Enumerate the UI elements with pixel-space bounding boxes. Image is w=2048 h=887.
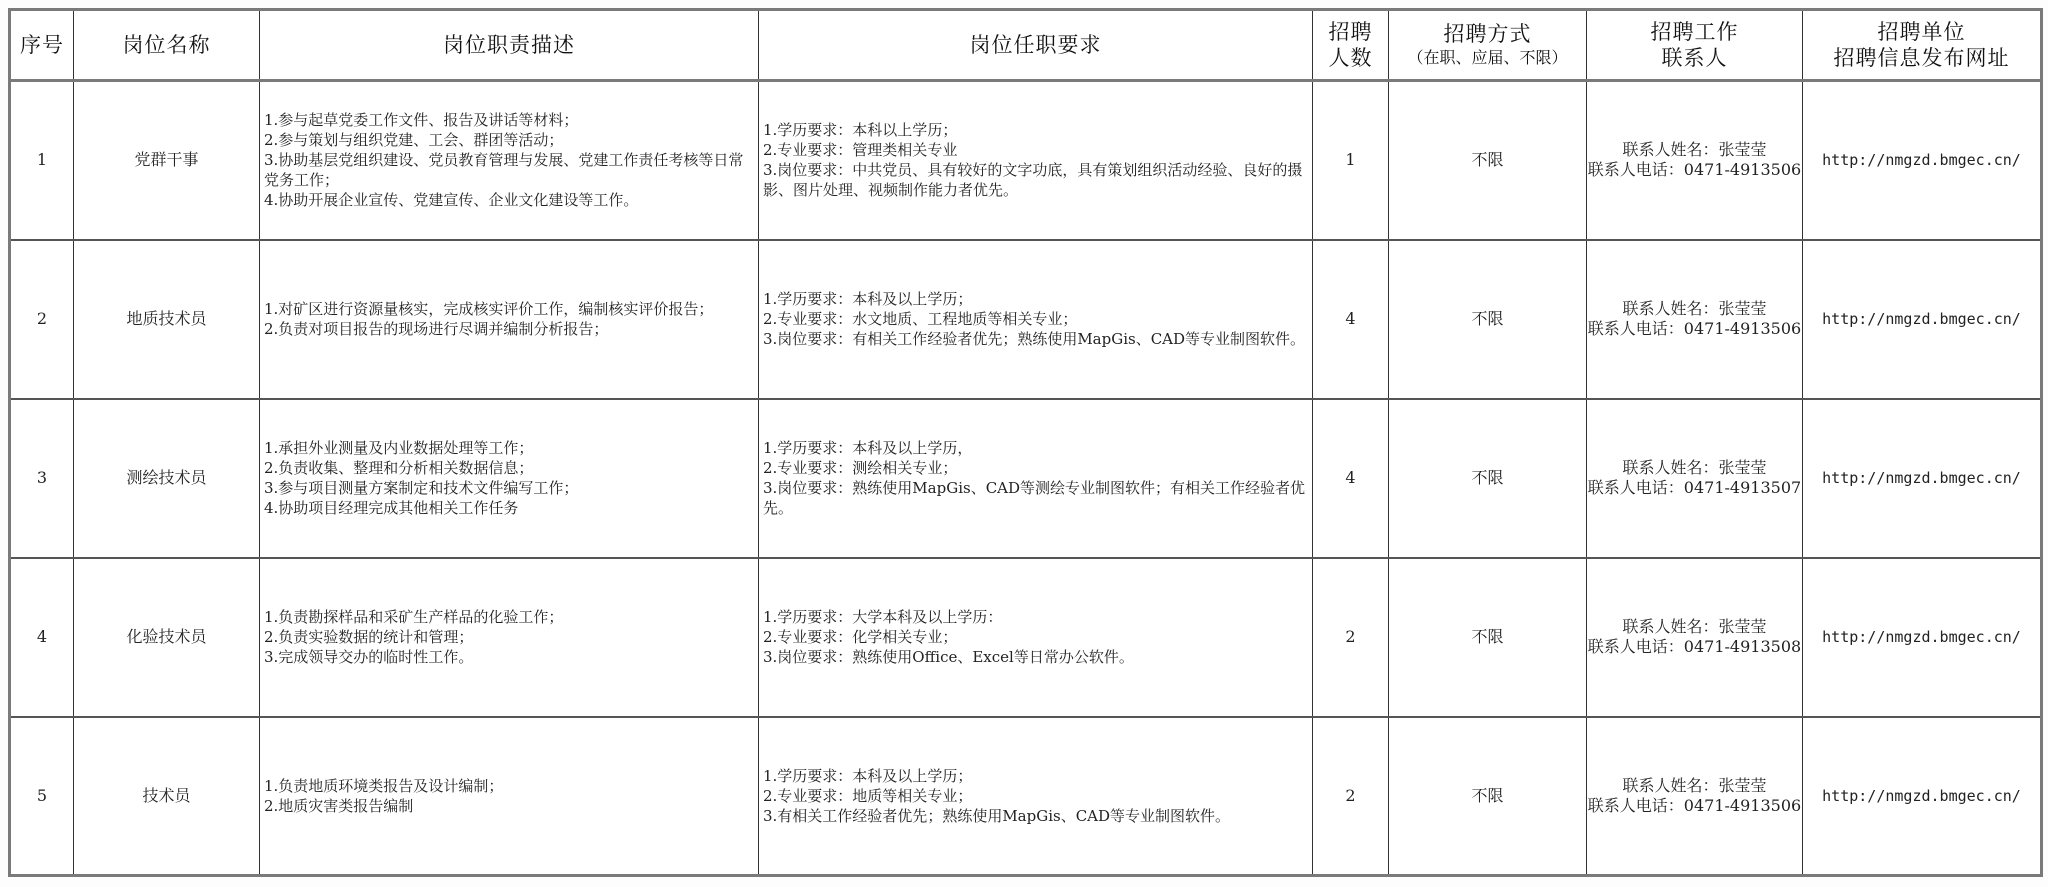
requirement-line: 2.专业要求：化学相关专业； xyxy=(763,627,1308,647)
requirement-line: 2.专业要求：测绘相关专业； xyxy=(763,458,1308,478)
header-seq: 序号 xyxy=(10,10,74,81)
cell-seq: 5 xyxy=(10,717,74,876)
cell-seq: 4 xyxy=(10,558,74,717)
position-name-value: 地质技术员 xyxy=(126,309,206,328)
duty-line: 3.完成领导交办的临时性工作。 xyxy=(264,647,754,667)
duty-line: 4.协助开展企业宣传、党建宣传、企业文化建设等工作。 xyxy=(264,190,754,210)
duty-line: 4.协助项目经理完成其他相关工作任务 xyxy=(264,498,754,518)
position-name-value: 测绘技术员 xyxy=(126,468,206,487)
cell-method: 不限 xyxy=(1389,399,1587,558)
contact-phone-value: 联系人电话：0471-4913506 xyxy=(1587,160,1802,180)
cell-seq: 1 xyxy=(10,81,74,240)
requirement-line: 1.学历要求：本科及以上学历， xyxy=(763,438,1308,458)
requirement-line: 1.学历要求：本科及以上学历； xyxy=(763,289,1308,309)
requirement-line: 3.岗位要求：中共党员、具有较好的文字功底，具有策划组织活动经验、良好的摄影、图… xyxy=(763,160,1308,200)
cell-seq: 3 xyxy=(10,399,74,558)
header-unit-url: 招聘单位 招聘信息发布网址 xyxy=(1803,10,2042,81)
cell-count: 1 xyxy=(1313,81,1389,240)
requirement-line: 1.学历要求：本科及以上学历； xyxy=(763,766,1308,786)
header-requirements-label: 岗位任职要求 xyxy=(970,33,1102,57)
table-row: 3 测绘技术员 1.承担外业测量及内业数据处理等工作；2.负责收集、整理和分析相… xyxy=(10,399,2042,558)
contact-phone-value: 联系人电话：0471-4913508 xyxy=(1587,637,1802,657)
requirement-line: 1.学历要求：大学本科及以上学历： xyxy=(763,607,1308,627)
duty-line: 2.参与策划与组织党建、工会、群团等活动； xyxy=(264,130,754,150)
header-duties-label: 岗位职责描述 xyxy=(443,33,575,57)
cell-url: http://nmgzd.bmgec.cn/ xyxy=(1803,81,2042,240)
cell-url: http://nmgzd.bmgec.cn/ xyxy=(1803,240,2042,399)
table-row: 1 党群干事 1.参与起草党委工作文件、报告及讲话等材料；2.参与策划与组织党建… xyxy=(10,81,2042,240)
cell-requirements: 1.学历要求：本科以上学历；2.专业要求：管理类相关专业3.岗位要求：中共党员、… xyxy=(759,81,1313,240)
contact-phone-value: 联系人电话：0471-4913506 xyxy=(1587,796,1802,816)
cell-count: 2 xyxy=(1313,558,1389,717)
seq-value: 3 xyxy=(37,468,47,487)
cell-url: http://nmgzd.bmgec.cn/ xyxy=(1803,558,2042,717)
header-contact: 招聘工作 联系人 xyxy=(1587,10,1803,81)
table-body: 1 党群干事 1.参与起草党委工作文件、报告及讲话等材料；2.参与策划与组织党建… xyxy=(10,81,2042,876)
duty-line: 2.地质灾害类报告编制 xyxy=(264,796,754,816)
recruitment-url-link[interactable]: http://nmgzd.bmgec.cn/ xyxy=(1822,151,2021,169)
header-method: 招聘方式 （在职、应届、不限） xyxy=(1389,10,1587,81)
method-value: 不限 xyxy=(1471,468,1503,487)
cell-requirements: 1.学历要求：本科及以上学历；2.专业要求：水文地质、工程地质等相关专业；3.岗… xyxy=(759,240,1313,399)
cell-count: 4 xyxy=(1313,240,1389,399)
requirement-line: 3.岗位要求：熟练使用MapGis、CAD等测绘专业制图软件；有相关工作经验者优… xyxy=(763,478,1308,518)
cell-method: 不限 xyxy=(1389,558,1587,717)
cell-url: http://nmgzd.bmgec.cn/ xyxy=(1803,717,2042,876)
contact-name-value: 联系人姓名：张莹莹 xyxy=(1587,140,1802,160)
count-value: 4 xyxy=(1345,309,1355,328)
method-value: 不限 xyxy=(1471,786,1503,805)
cell-contact: 联系人姓名：张莹莹 联系人电话：0471-4913507 xyxy=(1587,399,1803,558)
recruitment-url-link[interactable]: http://nmgzd.bmgec.cn/ xyxy=(1822,310,2021,328)
duty-line: 1.对矿区进行资源量核实，完成核实评价工作，编制核实评价报告； xyxy=(264,299,754,319)
seq-value: 1 xyxy=(37,150,47,169)
requirement-line: 3.岗位要求：有相关工作经验者优先；熟练使用MapGis、CAD等专业制图软件。 xyxy=(763,329,1308,349)
duty-line: 2.负责收集、整理和分析相关数据信息； xyxy=(264,458,754,478)
cell-requirements: 1.学历要求：本科及以上学历；2.专业要求：地质等相关专业；3.有相关工作经验者… xyxy=(759,717,1313,876)
seq-value: 2 xyxy=(37,309,47,328)
header-unit-line1: 招聘单位 xyxy=(1803,19,2040,45)
duty-line: 1.参与起草党委工作文件、报告及讲话等材料； xyxy=(264,110,754,130)
position-name-value: 化验技术员 xyxy=(126,627,206,646)
header-count: 招聘 人数 xyxy=(1313,10,1389,81)
requirement-line: 1.学历要求：本科以上学历； xyxy=(763,120,1308,140)
cell-duties: 1.负责地质环境类报告及设计编制；2.地质灾害类报告编制 xyxy=(260,717,759,876)
header-seq-label: 序号 xyxy=(20,33,64,57)
recruitment-url-link[interactable]: http://nmgzd.bmgec.cn/ xyxy=(1822,787,2021,805)
header-count-line1: 招聘 xyxy=(1313,19,1388,45)
header-method-line2: （在职、应届、不限） xyxy=(1389,47,1586,69)
cell-position-name: 地质技术员 xyxy=(74,240,260,399)
table-row: 4 化验技术员 1.负责勘探样品和采矿生产样品的化验工作；2.负责实验数据的统计… xyxy=(10,558,2042,717)
duty-line: 3.协助基层党组织建设、党员教育管理与发展、党建工作责任考核等日常党务工作； xyxy=(264,150,754,190)
duty-line: 1.负责勘探样品和采矿生产样品的化验工作； xyxy=(264,607,754,627)
method-value: 不限 xyxy=(1471,627,1503,646)
duty-line: 2.负责实验数据的统计和管理； xyxy=(264,627,754,647)
header-count-line2: 人数 xyxy=(1313,45,1388,71)
count-value: 2 xyxy=(1345,627,1355,646)
requirement-line: 3.有相关工作经验者优先；熟练使用MapGis、CAD等专业制图软件。 xyxy=(763,806,1308,826)
header-position-name-label: 岗位名称 xyxy=(123,33,211,57)
header-method-line1: 招聘方式 xyxy=(1389,21,1586,47)
count-value: 1 xyxy=(1345,150,1355,169)
duty-line: 2.负责对项目报告的现场进行尽调并编制分析报告； xyxy=(264,319,754,339)
cell-contact: 联系人姓名：张莹莹 联系人电话：0471-4913506 xyxy=(1587,81,1803,240)
cell-contact: 联系人姓名：张莹莹 联系人电话：0471-4913506 xyxy=(1587,240,1803,399)
table-header: 序号 岗位名称 岗位职责描述 岗位任职要求 招聘 人数 招聘方式 （在职、应届、… xyxy=(10,10,2042,81)
header-row: 序号 岗位名称 岗位职责描述 岗位任职要求 招聘 人数 招聘方式 （在职、应届、… xyxy=(10,10,2042,81)
cell-seq: 2 xyxy=(10,240,74,399)
recruitment-url-link[interactable]: http://nmgzd.bmgec.cn/ xyxy=(1822,469,2021,487)
cell-position-name: 技术员 xyxy=(74,717,260,876)
requirement-line: 2.专业要求：管理类相关专业 xyxy=(763,140,1308,160)
duty-line: 1.承担外业测量及内业数据处理等工作； xyxy=(264,438,754,458)
position-name-value: 党群干事 xyxy=(134,150,198,169)
cell-duties: 1.负责勘探样品和采矿生产样品的化验工作；2.负责实验数据的统计和管理；3.完成… xyxy=(260,558,759,717)
cell-url: http://nmgzd.bmgec.cn/ xyxy=(1803,399,2042,558)
cell-method: 不限 xyxy=(1389,240,1587,399)
duty-line: 3.参与项目测量方案制定和技术文件编写工作； xyxy=(264,478,754,498)
count-value: 4 xyxy=(1345,468,1355,487)
requirement-line: 2.专业要求：地质等相关专业； xyxy=(763,786,1308,806)
cell-contact: 联系人姓名：张莹莹 联系人电话：0471-4913506 xyxy=(1587,717,1803,876)
header-duties: 岗位职责描述 xyxy=(260,10,759,81)
cell-duties: 1.对矿区进行资源量核实，完成核实评价工作，编制核实评价报告；2.负责对项目报告… xyxy=(260,240,759,399)
recruitment-table: 序号 岗位名称 岗位职责描述 岗位任职要求 招聘 人数 招聘方式 （在职、应届、… xyxy=(8,8,2043,877)
table-row: 2 地质技术员 1.对矿区进行资源量核实，完成核实评价工作，编制核实评价报告；2… xyxy=(10,240,2042,399)
table-row: 5 技术员 1.负责地质环境类报告及设计编制；2.地质灾害类报告编制 1.学历要… xyxy=(10,717,2042,876)
contact-name-value: 联系人姓名：张莹莹 xyxy=(1587,458,1802,478)
cell-requirements: 1.学历要求：大学本科及以上学历：2.专业要求：化学相关专业；3.岗位要求：熟练… xyxy=(759,558,1313,717)
contact-phone-value: 联系人电话：0471-4913506 xyxy=(1587,319,1802,339)
position-name-value: 技术员 xyxy=(142,786,190,805)
contact-name-value: 联系人姓名：张莹莹 xyxy=(1587,617,1802,637)
recruitment-url-link[interactable]: http://nmgzd.bmgec.cn/ xyxy=(1822,628,2021,646)
header-position-name: 岗位名称 xyxy=(74,10,260,81)
duty-line: 1.负责地质环境类报告及设计编制； xyxy=(264,776,754,796)
method-value: 不限 xyxy=(1471,309,1503,328)
count-value: 2 xyxy=(1345,786,1355,805)
cell-position-name: 测绘技术员 xyxy=(74,399,260,558)
header-contact-line1: 招聘工作 xyxy=(1587,19,1802,45)
cell-duties: 1.参与起草党委工作文件、报告及讲话等材料；2.参与策划与组织党建、工会、群团等… xyxy=(260,81,759,240)
contact-phone-value: 联系人电话：0471-4913507 xyxy=(1587,478,1802,498)
cell-count: 4 xyxy=(1313,399,1389,558)
cell-method: 不限 xyxy=(1389,81,1587,240)
contact-name-value: 联系人姓名：张莹莹 xyxy=(1587,776,1802,796)
cell-count: 2 xyxy=(1313,717,1389,876)
seq-value: 5 xyxy=(37,786,47,805)
requirement-line: 3.岗位要求：熟练使用Office、Excel等日常办公软件。 xyxy=(763,647,1308,667)
header-unit-line2: 招聘信息发布网址 xyxy=(1803,45,2040,71)
header-requirements: 岗位任职要求 xyxy=(759,10,1313,81)
method-value: 不限 xyxy=(1471,150,1503,169)
contact-name-value: 联系人姓名：张莹莹 xyxy=(1587,299,1802,319)
cell-contact: 联系人姓名：张莹莹 联系人电话：0471-4913508 xyxy=(1587,558,1803,717)
cell-method: 不限 xyxy=(1389,717,1587,876)
cell-requirements: 1.学历要求：本科及以上学历，2.专业要求：测绘相关专业；3.岗位要求：熟练使用… xyxy=(759,399,1313,558)
requirement-line: 2.专业要求：水文地质、工程地质等相关专业； xyxy=(763,309,1308,329)
cell-position-name: 化验技术员 xyxy=(74,558,260,717)
cell-duties: 1.承担外业测量及内业数据处理等工作；2.负责收集、整理和分析相关数据信息；3.… xyxy=(260,399,759,558)
seq-value: 4 xyxy=(37,627,47,646)
header-contact-line2: 联系人 xyxy=(1587,45,1802,71)
cell-position-name: 党群干事 xyxy=(74,81,260,240)
